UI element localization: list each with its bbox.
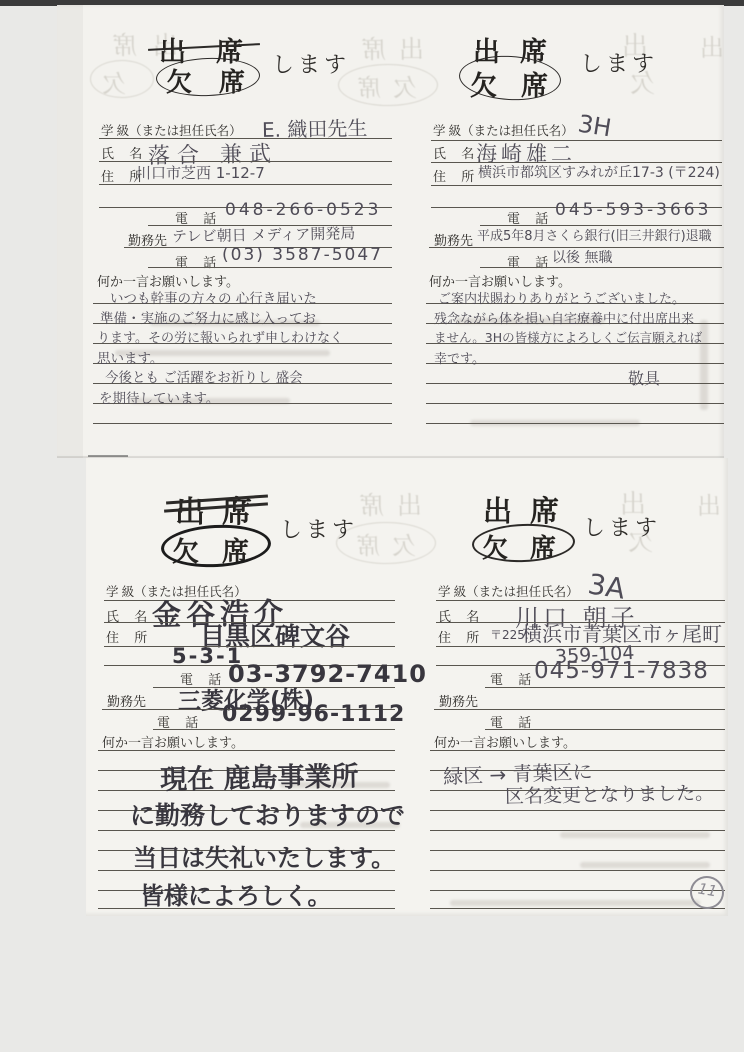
page-number: 11 [697,879,719,900]
message-rule [426,403,724,404]
paper-junction-tick [88,455,128,457]
message-line: 皆様によろしく。 [140,876,332,911]
message-line: いつも幹事の方々の 心行き届いた [110,287,317,307]
ghost-attend-text: 出席 [348,30,424,66]
field-rule [153,729,395,730]
name-label: 氏 名 [101,143,148,162]
work-phone-label: 電 話 [175,252,222,271]
field-rule [431,140,722,141]
message-line: 今後とも ご活躍をお祈りし 盛会 [105,366,303,386]
comment-prompt: 何か一言お願いします。 [434,732,576,751]
closing-signature: 敬具 [628,366,660,389]
message-line: 残念ながら体を損い自宅療養中に付出席出来 [434,308,694,327]
class-value: 3H [576,110,613,143]
address-value: 川口市芝西 1-12-7 [136,162,265,183]
message-line: 区名変更となりました。 [505,778,714,809]
shimasu-label: します [583,511,661,542]
message-line: を期待しています。 [99,387,219,407]
field-rule [431,185,722,186]
message-line: 当日は失礼いたします。 [133,838,395,873]
ghost-absent-circle [90,60,154,98]
message-rule [430,870,725,871]
ghost-attend-text: 出 [700,28,724,63]
message-line: ません。3Hの皆様方によろしくご伝言願えれば [434,328,702,346]
scanned-document: 出席 欠 出席 欠席 出 欠 出 出席 欠席 出 欠 出 出席 します 欠席 学… [0,0,744,1052]
phone-label: 電 話 [490,669,537,688]
field-rule [480,267,722,268]
message-rule [430,850,725,851]
ghost-attend-text: 出 [697,486,721,521]
field-rule [148,267,392,268]
shimasu-label: します [272,48,350,79]
name-label: 氏 名 [433,143,480,162]
address-value: 横浜市都筑区すみれが丘17-3 (〒224) [478,162,720,182]
field-rule [104,646,395,647]
message-rule [98,750,395,751]
message-rule [430,908,725,909]
comment-prompt: 何か一言お願いします。 [102,732,244,751]
message-rule [426,383,724,384]
workplace-label: 勤務先 [439,691,478,710]
ghost-writing [450,900,700,906]
message-line: ります。その労に報いられず申しわけなく [97,327,343,346]
message-rule [93,423,392,424]
phone-value: 045-971-7838 [534,658,709,684]
ghost-writing [560,832,710,838]
class-label: 学 級（または担任氏名） [101,121,242,139]
workplace-value: テレビ朝日 メディア開発局 [172,222,356,246]
message-line: 準備・実施のご努力に感じ入ってお [100,307,316,327]
work-phone-value: 以後 無職 [552,247,612,267]
message-line: 幸です。 [434,348,485,367]
address-label: 住 所 [106,627,153,646]
work-phone-value: 0299-96-1112 [222,702,405,727]
field-rule [99,184,392,185]
message-rule [430,830,725,831]
address-label: 住 所 [433,166,480,185]
shimasu-label: します [580,47,658,78]
message-rule [426,423,724,424]
shimasu-label: します [280,513,358,544]
phone-value: 048-266-0523 [225,200,381,220]
message-line: ご案内状賜わりありがとうございました。 [438,288,685,307]
paper-junction-shadow [57,456,724,458]
field-rule [434,709,725,710]
message-rule [430,750,725,751]
field-rule [485,729,725,730]
work-phone-label: 電 話 [507,252,554,271]
workplace-label: 勤務先 [107,691,146,710]
phone-value: 045-593-3663 [555,200,711,220]
message-rule [430,810,725,811]
field-rule [485,687,725,688]
class-label: 学 級（または担任氏名） [433,121,574,139]
workplace-value: 平成5年8月さくら銀行(旧三井銀行)退職 [477,225,712,244]
message-line: に勤務しておりますので [130,796,405,832]
message-rule [430,890,725,891]
address-label: 住 所 [438,627,485,646]
paper-left-shade [57,5,83,458]
ghost-writing [580,862,710,868]
work-phone-value: (03) 3587-5047 [222,245,383,265]
ghost-absent-circle [338,64,438,106]
message-line: 現在 鹿島事業所 [160,754,359,796]
message-line: 思います。 [97,347,163,367]
